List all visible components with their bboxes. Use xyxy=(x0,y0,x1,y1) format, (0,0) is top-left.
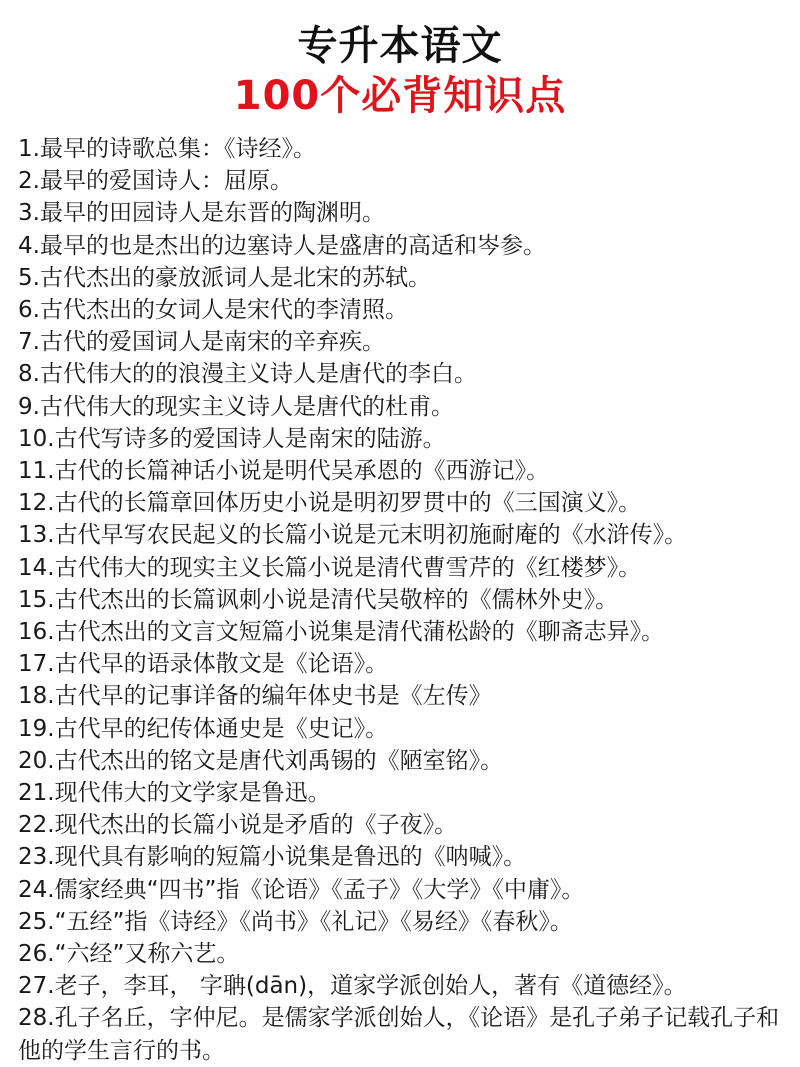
list-item: 26.“六经”又称六艺。 xyxy=(18,938,798,970)
list-item: 7.古代的爱国词人是南宋的辛弃疾。 xyxy=(18,326,798,358)
list-item: 25.“五经”指《诗经》《尚书》《礼记》《易经》《春秋》。 xyxy=(18,906,798,938)
list-item: 23.现代具有影响的短篇小说集是鲁迅的《呐喊》。 xyxy=(18,841,798,873)
list-item: 15.古代杰出的长篇讽刺小说是清代吴敬梓的《儒林外史》。 xyxy=(18,584,798,616)
list-item: 13.古代早写农民起义的长篇小说是元末明初施耐庵的《水浒传》。 xyxy=(18,519,798,551)
list-item: 10.古代写诗多的爱国诗人是南宋的陆游。 xyxy=(18,423,798,455)
list-item: 18.古代早的记事详备的编年体史书是《左传》 xyxy=(18,680,798,712)
knowledge-point-list: 1.最早的诗歌总集：《诗经》。 2.最早的爱国诗人：屈原。 3.最早的田园诗人是… xyxy=(18,133,798,1067)
list-item: 19.古代早的纪传体通史是《史记》。 xyxy=(18,713,798,745)
list-item: 11.古代的长篇神话小说是明代吴承恩的《西游记》。 xyxy=(18,455,798,487)
list-item: 4.最早的也是杰出的边塞诗人是盛唐的高适和岑参。 xyxy=(18,230,798,262)
page-subtitle: 100个必背知识点 xyxy=(0,72,800,120)
list-item: 8.古代伟大的的浪漫主义诗人是唐代的李白。 xyxy=(18,358,798,390)
list-item: 1.最早的诗歌总集：《诗经》。 xyxy=(18,133,798,165)
list-item: 12.古代的长篇章回体历史小说是明初罗贯中的《三国演义》。 xyxy=(18,487,798,519)
list-item: 14.古代伟大的现实主义长篇小说是清代曹雪芹的《红楼梦》。 xyxy=(18,552,798,584)
list-item: 22.现代杰出的长篇小说是矛盾的《子夜》。 xyxy=(18,809,798,841)
list-item: 2.最早的爱国诗人：屈原。 xyxy=(18,165,798,197)
list-item: 3.最早的田园诗人是东晋的陶渊明。 xyxy=(18,197,798,229)
list-item: 24.儒家经典“四书”指《论语》《孟子》《大学》《中庸》。 xyxy=(18,874,798,906)
list-item: 21.现代伟大的文学家是鲁迅。 xyxy=(18,777,798,809)
page-title: 专升本语文 xyxy=(0,22,800,70)
list-item: 20.古代杰出的铭文是唐代刘禹锡的《陋室铭》。 xyxy=(18,745,798,777)
list-item: 5.古代杰出的豪放派词人是北宋的苏轼。 xyxy=(18,262,798,294)
list-item: 9.古代伟大的现实主义诗人是唐代的杜甫。 xyxy=(18,391,798,423)
list-item: 28.孔子名丘，字仲尼。是儒家学派创始人，《论语》是孔子弟子记载孔子和他的学生言… xyxy=(18,1002,788,1066)
list-item: 17.古代早的语录体散文是《论语》。 xyxy=(18,648,798,680)
list-item: 6.古代杰出的女词人是宋代的李清照。 xyxy=(18,294,798,326)
list-item: 27.老子，李耳， 字聃(dān)，道家学派创始人，著有《道德经》。 xyxy=(18,970,798,1002)
list-item: 16.古代杰出的文言文短篇小说集是清代蒲松龄的《聊斋志异》。 xyxy=(18,616,798,648)
